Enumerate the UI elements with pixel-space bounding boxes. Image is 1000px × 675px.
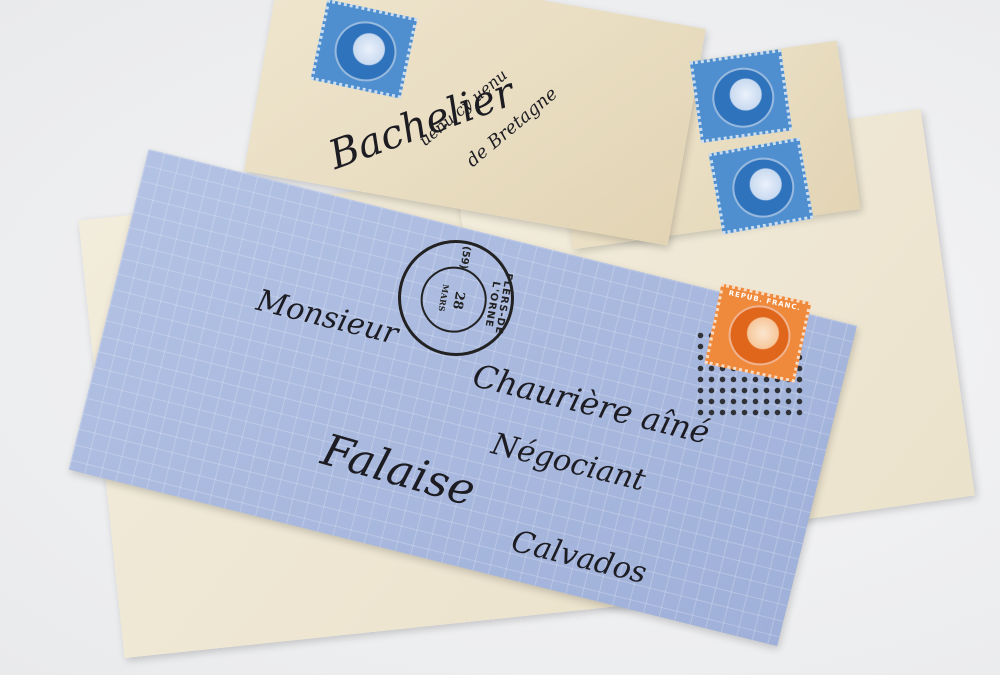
stamp-blue-napoleon [709, 138, 814, 235]
ceres-head-icon [708, 64, 778, 132]
stamp-blue-ceres-right [690, 49, 793, 143]
napoleon-head-icon [728, 153, 799, 223]
photo-background: Bachelier uenu cy uenu de Bretagne FLERS… [0, 0, 1000, 675]
postmark-date: 28 MARS [432, 266, 470, 332]
postmark-inner-ring: 28 MARS [415, 261, 491, 337]
ceres-head-icon [329, 16, 402, 88]
ceres-head-icon [723, 300, 796, 372]
postmark-department: (59) [457, 245, 472, 270]
